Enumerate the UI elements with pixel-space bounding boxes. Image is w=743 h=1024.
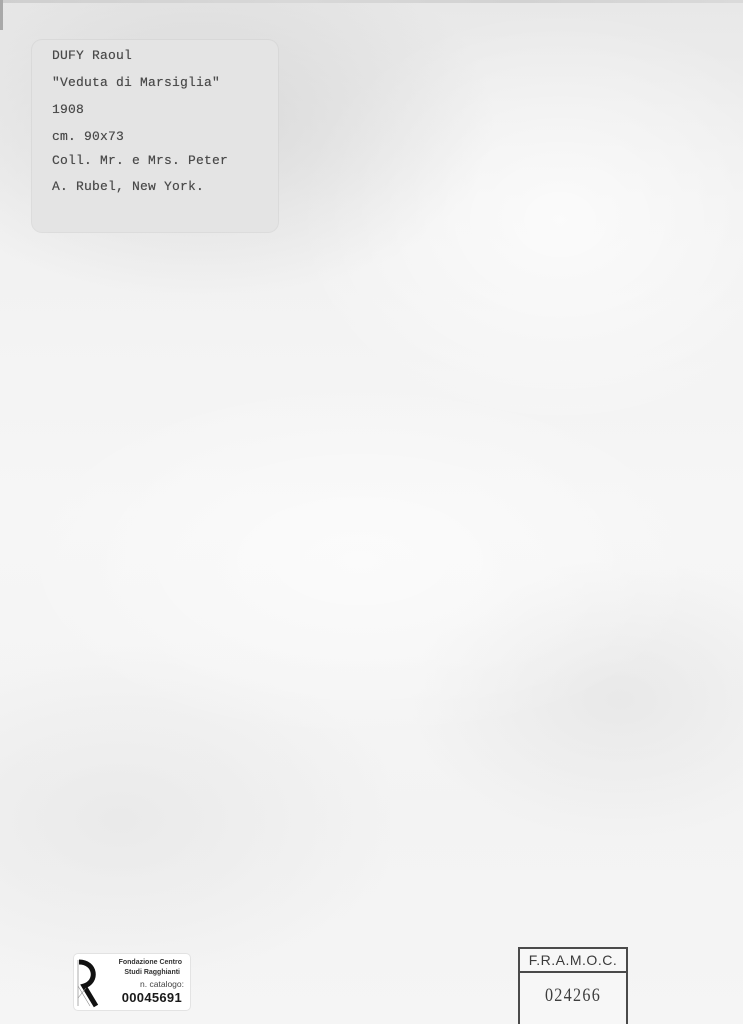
stamp-number: 024266 [528, 985, 618, 1007]
artwork-year: 1908 [52, 102, 84, 117]
fondazione-r-logo-icon [76, 958, 100, 1008]
collection-line-2: A. Rubel, New York. [52, 179, 204, 194]
artwork-title: "Veduta di Marsiglia" [52, 75, 220, 90]
framoc-archive-stamp: F.R.A.M.O.C. 024266 [518, 947, 628, 1024]
catalog-number: 00045691 [122, 990, 182, 1005]
artwork-dimensions: cm. 90x73 [52, 129, 124, 144]
scan-left-edge [0, 0, 3, 30]
stamp-header: F.R.A.M.O.C. [520, 949, 626, 973]
catalog-sticker: Fondazione Centro Studi Ragghianti n. ca… [74, 954, 190, 1010]
foundation-name-line-2: Studi Ragghianti [124, 969, 180, 976]
scan-top-edge [0, 0, 743, 3]
foundation-name-line-1: Fondazione Centro [119, 959, 182, 966]
catalog-label: n. catalogo: [140, 979, 184, 989]
typed-label-card: DUFY Raoul "Veduta di Marsiglia" 1908 cm… [32, 40, 278, 232]
artist-name: DUFY Raoul [52, 48, 132, 63]
collection-line-1: Coll. Mr. e Mrs. Peter [52, 153, 228, 168]
